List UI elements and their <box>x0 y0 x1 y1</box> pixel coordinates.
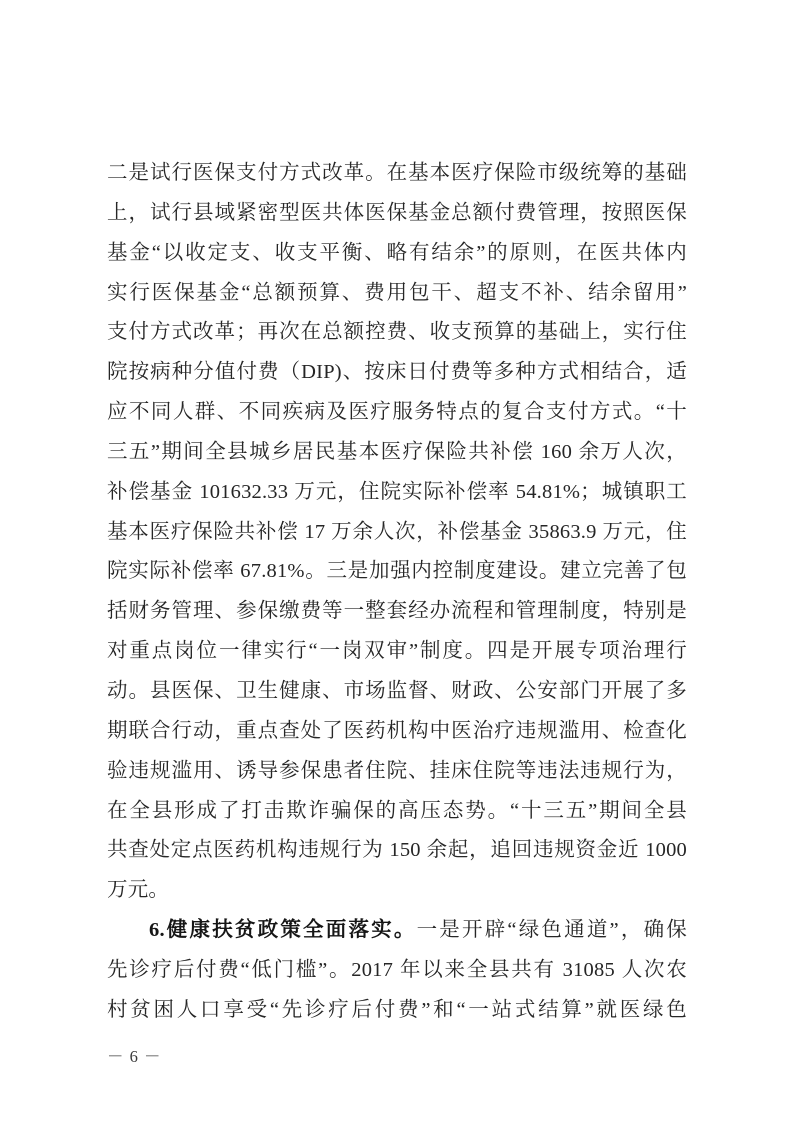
body-text-line: 村贫困人口享受“先诊疗后付费”和“一站式结算”就医绿色 <box>107 991 687 1031</box>
body-text-line: 补偿基金 101632.33 万元，住院实际补偿率 54.81%；城镇职工 <box>107 473 687 513</box>
paragraph-end-line: 万元。 <box>107 871 687 911</box>
body-text-line: 对重点岗位一律实行“一岗双审”制度。四是开展专项治理行 <box>107 632 687 672</box>
body-text-line: 在全县形成了打击欺诈骗保的高压态势。“十三五”期间全县 <box>107 792 687 832</box>
body-text-line: 期联合行动，重点查处了医药机构中医治疗违规滥用、检查化 <box>107 712 687 752</box>
section-6-line: 6.健康扶贫政策全面落实。一是开辟“绿色通道”，确保 <box>107 911 687 951</box>
body-text-line: 验违规滥用、诱导参保患者住院、挂床住院等违法违规行为， <box>107 752 687 792</box>
body-text-line: 实行医保基金“总额预算、费用包干、超支不补、结余留用” <box>107 274 687 314</box>
body-text-line: 基本医疗保险共补偿 17 万余人次，补偿基金 35863.9 万元，住 <box>107 513 687 553</box>
page-number: － 6 － <box>107 1046 162 1068</box>
body-text-line: 共查处定点医药机构违规行为 150 余起，追回违规资金近 1000 <box>107 831 687 871</box>
body-text-line: 应不同人群、不同疾病及医疗服务特点的复合支付方式。“十 <box>107 393 687 433</box>
body-text-line: 二是试行医保支付方式改革。在基本医疗保险市级统筹的基础 <box>107 154 687 194</box>
section-6-heading: 6.健康扶贫政策全面落实。 <box>149 919 417 941</box>
body-text-line: 动。县医保、卫生健康、市场监督、财政、公安部门开展了多 <box>107 672 687 712</box>
document-body: 二是试行医保支付方式改革。在基本医疗保险市级统筹的基础 上，试行县域紧密型医共体… <box>107 154 687 1031</box>
body-text-line: 院实际补偿率 67.81%。三是加强内控制度建设。建立完善了包 <box>107 552 687 592</box>
body-text-line: 支付方式改革；再次在总额控费、收支预算的基础上，实行住 <box>107 313 687 353</box>
body-text-line: 三五”期间全县城乡居民基本医疗保险共补偿 160 余万人次， <box>107 433 687 473</box>
section-6-body-start: 一是开辟“绿色通道”，确保 <box>417 919 687 941</box>
body-text-line: 上，试行县域紧密型医共体医保基金总额付费管理，按照医保 <box>107 194 687 234</box>
body-text-line: 先诊疗后付费“低门槛”。2017 年以来全县共有 31085 人次农 <box>107 951 687 991</box>
document-page: 二是试行医保支付方式改革。在基本医疗保险市级统筹的基础 上，试行县域紧密型医共体… <box>0 0 793 1122</box>
body-text-line: 基金“以收定支、收支平衡、略有结余”的原则，在医共体内 <box>107 234 687 274</box>
body-text-line: 院按病种分值付费（DIP)、按床日付费等多种方式相结合，适 <box>107 353 687 393</box>
body-text-line: 括财务管理、参保缴费等一整套经办流程和管理制度，特别是 <box>107 592 687 632</box>
